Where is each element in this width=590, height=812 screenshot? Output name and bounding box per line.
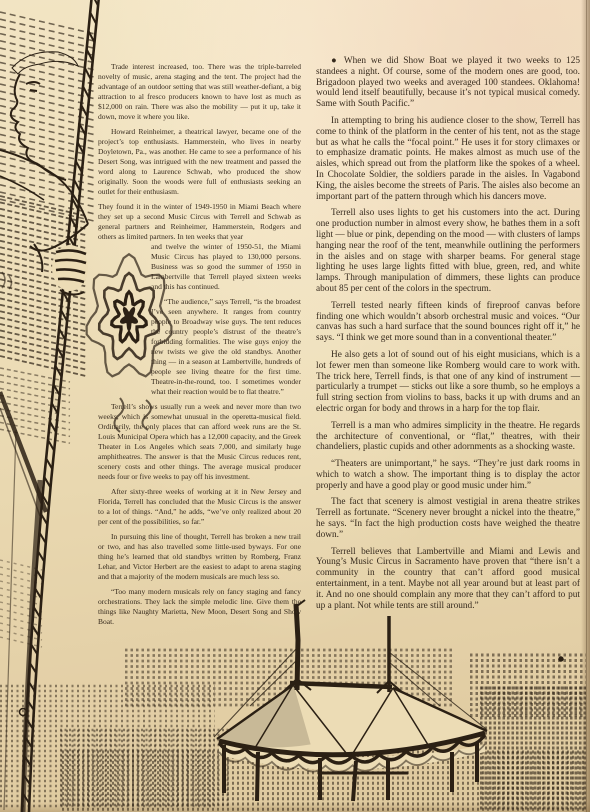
paragraph: Howard Reinheimer, a theatrical lawyer, … bbox=[98, 127, 301, 197]
paragraph: Terrell also uses lights to get his cust… bbox=[316, 208, 580, 294]
paragraph: Trade interest increased, too. There was… bbox=[98, 62, 301, 122]
magazine-page: Trade interest increased, too. There was… bbox=[0, 0, 590, 812]
paragraph: After sixty-three weeks of working at it… bbox=[98, 487, 301, 527]
paragraph: Terrell tested nearly fifteen kinds of f… bbox=[316, 301, 580, 344]
paragraph: “Too many modern musicals rely on fancy … bbox=[98, 587, 301, 627]
paragraph: “Theaters are unimportant,” he says. “Th… bbox=[316, 459, 580, 491]
paragraph: Terrell’s shows usually run a week and n… bbox=[98, 402, 301, 482]
paragraph: “The audience,” says Terrell, “is the br… bbox=[151, 297, 301, 397]
paragraph-with-bullet: ● When we did Show Boat we played it two… bbox=[316, 56, 580, 110]
paragraph: He also gets a lot of sound out of his e… bbox=[316, 350, 580, 415]
paragraph: The fact that scenery is almost vestigia… bbox=[316, 497, 580, 540]
hand-sketch bbox=[52, 245, 88, 295]
paragraph: In attempting to bring his audience clos… bbox=[316, 116, 580, 202]
paragraph: Terrell believes that Lambertville and M… bbox=[316, 547, 580, 612]
article-left-column: Trade interest increased, too. There was… bbox=[98, 62, 301, 632]
paragraph: In pursuing this line of thought, Terrel… bbox=[98, 532, 301, 582]
paragraph: and twelve the winter of 1950-51, the Mi… bbox=[151, 242, 301, 292]
paragraph: They found it in the winter of 1949-1950… bbox=[98, 202, 301, 242]
article-right-column: ● When we did Show Boat we played it two… bbox=[316, 56, 580, 617]
paragraph: Terrell is a man who admires simplicity … bbox=[316, 421, 580, 453]
